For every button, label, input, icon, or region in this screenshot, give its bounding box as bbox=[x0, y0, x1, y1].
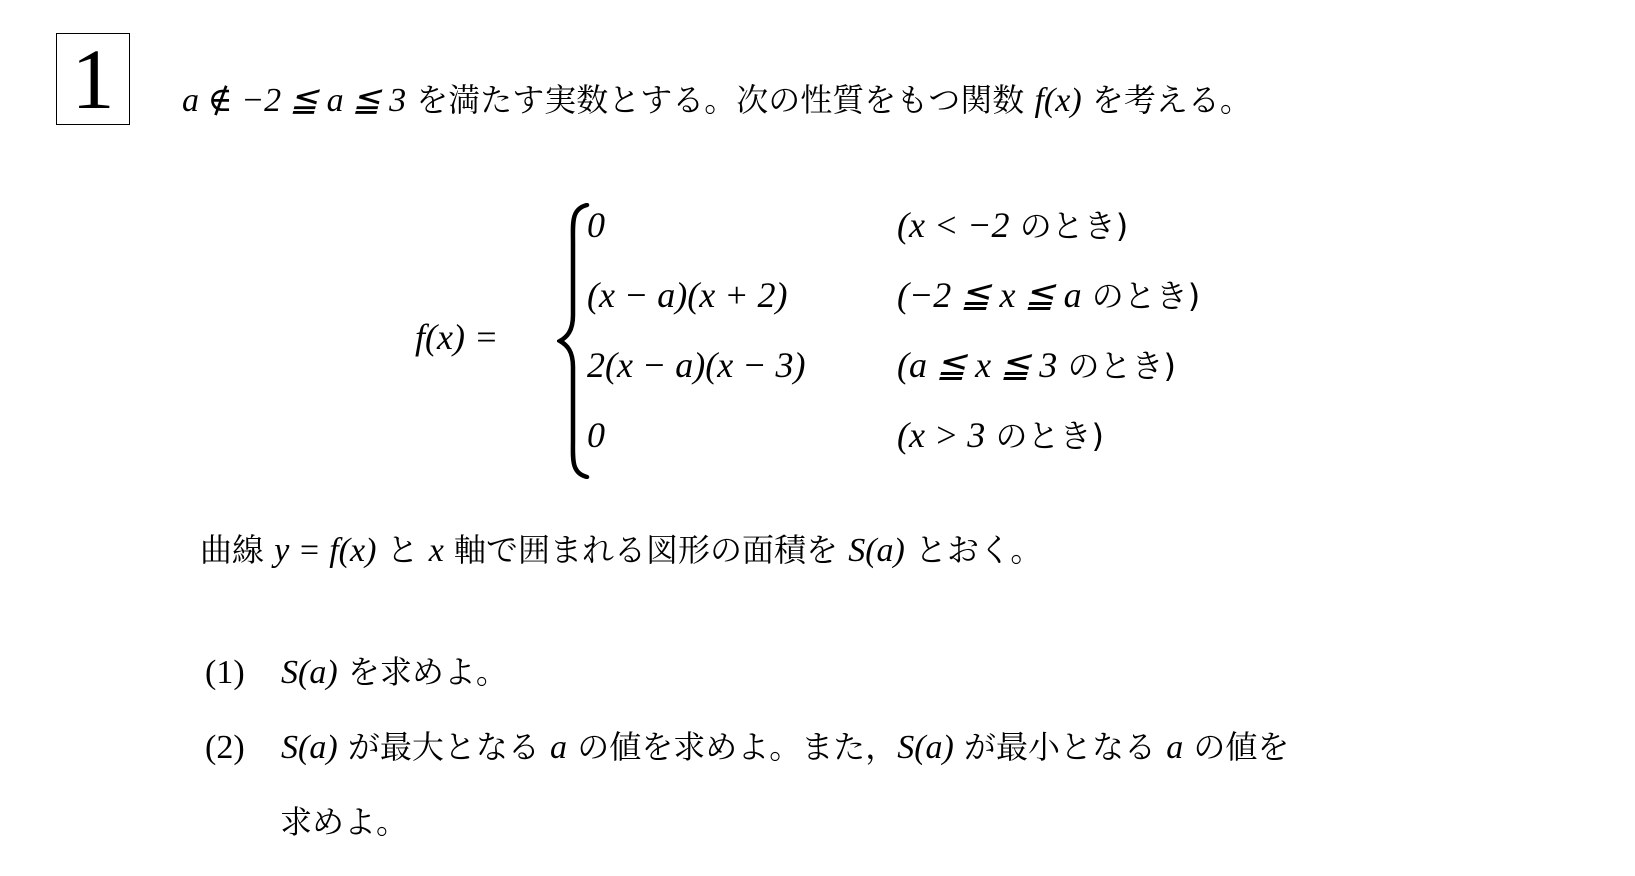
question-label: (2) bbox=[205, 728, 281, 768]
question-math: a bbox=[550, 729, 567, 766]
case-condition-text: のとき) bbox=[1082, 277, 1201, 315]
area-text-4: とおく。 bbox=[905, 531, 1043, 569]
problem-number-box: 1 bbox=[56, 33, 130, 125]
intro-text-1: を満たす実数とする。次の性質をもつ関数 bbox=[406, 81, 1034, 119]
case-condition-text: のとき) bbox=[1057, 347, 1176, 385]
case-condition-text: のとき) bbox=[985, 417, 1104, 455]
case-condition-math: (x > 3 bbox=[897, 415, 985, 455]
left-brace-icon bbox=[557, 203, 591, 479]
case-expression: (x − a)(x + 2) bbox=[587, 275, 788, 315]
area-text-3: 軸で囲まれる図形の面積を bbox=[444, 531, 848, 569]
question-2: (2)S(a) が最大となる a の値を求めよ。また，S(a) が最小となる a… bbox=[205, 727, 1289, 768]
question-text: が最大となる bbox=[338, 728, 550, 766]
definition-lhs: f(x) = bbox=[415, 317, 498, 357]
case-condition: (a ≦ x ≦ 3 のとき) bbox=[897, 345, 1176, 386]
question-text: の値を求めよ。また， bbox=[567, 728, 897, 766]
intro-function: f(x) bbox=[1034, 82, 1081, 119]
question-math: S(a) bbox=[281, 729, 338, 766]
case-condition-text: のとき) bbox=[1010, 207, 1129, 245]
question-text: が最小となる bbox=[954, 728, 1166, 766]
case-expression: 2(x − a)(x − 3) bbox=[587, 345, 806, 385]
question-1: (1)S(a) を求めよ。 bbox=[205, 652, 508, 693]
question-math: S(a) bbox=[897, 729, 954, 766]
area-math-2: x bbox=[429, 532, 444, 569]
piecewise-definition: f(x) = 0 (x < −2 のとき) (x − a)(x + 2) (−2… bbox=[415, 195, 1315, 480]
question-math: S(a) bbox=[281, 654, 338, 691]
area-definition: 曲線 y = f(x) と x 軸で囲まれる図形の面積を S(a) とおく。 bbox=[200, 530, 1042, 571]
area-math-1: y = f(x) bbox=[274, 532, 376, 569]
question-label: (1) bbox=[205, 653, 281, 693]
case-condition: (x < −2 のとき) bbox=[897, 205, 1128, 246]
case-expression: 0 bbox=[587, 205, 605, 245]
intro-text-2: を考える。 bbox=[1082, 81, 1252, 119]
question-math: a bbox=[1166, 729, 1183, 766]
case-condition: (−2 ≦ x ≦ a のとき) bbox=[897, 275, 1200, 316]
case-condition-math: (x < −2 bbox=[897, 205, 1010, 245]
case-condition: (x > 3 のとき) bbox=[897, 415, 1104, 456]
problem-number: 1 bbox=[72, 36, 115, 122]
question-2-continuation: 求めよ。 bbox=[280, 802, 408, 842]
question-text: 求めよ。 bbox=[280, 803, 408, 841]
problem-intro: a ∉ −2 ≦ a ≦ 3 を満たす実数とする。次の性質をもつ関数 f(x) … bbox=[182, 80, 1252, 121]
question-text: を求めよ。 bbox=[338, 653, 508, 691]
area-text-2: と bbox=[376, 531, 428, 569]
case-condition-math: (a ≦ x ≦ 3 bbox=[897, 345, 1057, 385]
case-expression: 0 bbox=[587, 415, 605, 455]
intro-condition: a ∉ −2 ≦ a ≦ 3 bbox=[182, 82, 406, 119]
area-math-3: S(a) bbox=[848, 532, 905, 569]
question-text: の値を bbox=[1183, 728, 1289, 766]
case-condition-math: (−2 ≦ x ≦ a bbox=[897, 275, 1082, 315]
area-text-1: 曲線 bbox=[200, 531, 274, 569]
